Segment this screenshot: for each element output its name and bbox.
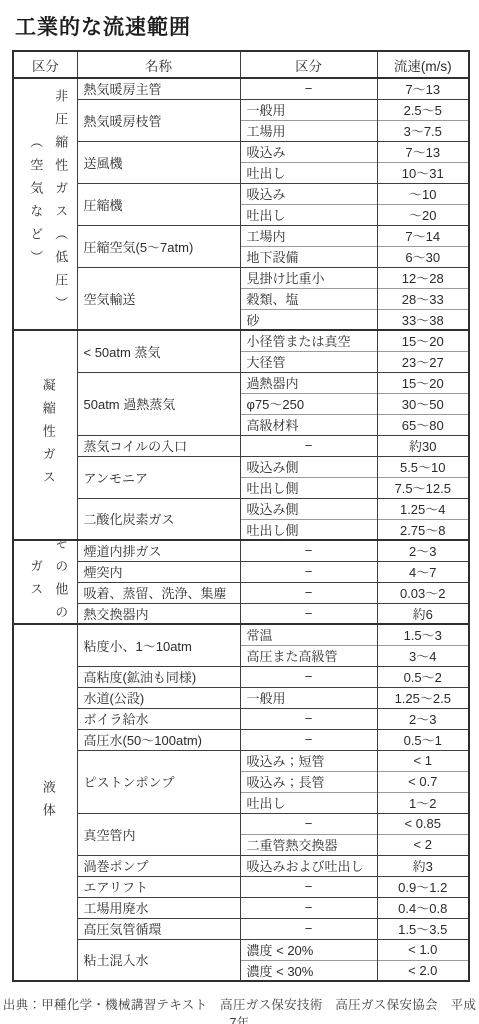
table-row: 蒸気コイルの入口−約30 xyxy=(13,435,469,456)
table-row: アンモニア吸込み側5.5～10 xyxy=(13,456,469,477)
velocity-cell: < 2 xyxy=(377,834,469,855)
velocity-cell: < 1.0 xyxy=(377,939,469,960)
velocity-cell: 7.5～12.5 xyxy=(377,477,469,498)
velocity-cell: 2～3 xyxy=(377,540,469,561)
subdivision-cell: − xyxy=(240,729,377,750)
velocity-cell: 33～38 xyxy=(377,309,469,330)
velocity-cell: 0.4～0.8 xyxy=(377,897,469,918)
velocity-cell: 0.9～1.2 xyxy=(377,876,469,897)
subdivision-cell: 吐出し xyxy=(240,162,377,183)
subdivision-cell: 濃度 < 20% xyxy=(240,939,377,960)
header-category: 区分 xyxy=(13,51,77,78)
name-cell: 高粘度(鉱油も同様) xyxy=(77,666,240,687)
name-cell: 真空管内 xyxy=(77,813,240,855)
velocity-cell: < 2.0 xyxy=(377,960,469,981)
velocity-cell: 1～2 xyxy=(377,792,469,813)
velocity-cell: ～10 xyxy=(377,183,469,204)
velocity-cell: 1.5～3.5 xyxy=(377,918,469,939)
category-line: ガス xyxy=(23,559,48,605)
name-cell: 高圧気管循環 xyxy=(77,918,240,939)
name-cell: 送風機 xyxy=(77,141,240,183)
velocity-cell: 65～80 xyxy=(377,414,469,435)
velocity-cell: 15～20 xyxy=(377,372,469,393)
subdivision-cell: 高圧また高級管 xyxy=(240,645,377,666)
subdivision-cell: 吸込み xyxy=(240,141,377,162)
header-name: 名称 xyxy=(77,51,240,78)
table-row: 煙突内−4～7 xyxy=(13,561,469,582)
category-line: 非圧縮性ガス（低圧） xyxy=(48,89,73,319)
velocity-cell: < 0.85 xyxy=(377,813,469,834)
name-cell: 煙突内 xyxy=(77,561,240,582)
table-row: 二酸化炭素ガス吸込み側1.25～4 xyxy=(13,498,469,519)
table-row: 圧縮空気(5～7atm)工場内7～14 xyxy=(13,225,469,246)
velocity-cell: 約6 xyxy=(377,603,469,624)
velocity-cell: 3～4 xyxy=(377,645,469,666)
table-row: 渦巻ポンプ吸込みおよび吐出し約3 xyxy=(13,855,469,876)
name-cell: 圧縮空気(5～7atm) xyxy=(77,225,240,267)
table-row: 工場用廃水−0.4～0.8 xyxy=(13,897,469,918)
subdivision-cell: 一般用 xyxy=(240,687,377,708)
subdivision-cell: 二重管熱交換器 xyxy=(240,834,377,855)
subdivision-cell: 工場用 xyxy=(240,120,377,141)
velocity-cell: ～20 xyxy=(377,204,469,225)
table-row: 送風機吸込み7～13 xyxy=(13,141,469,162)
subdivision-cell: 吐出し xyxy=(240,792,377,813)
subdivision-cell: − xyxy=(240,708,377,729)
velocity-cell: 1.5～3 xyxy=(377,624,469,645)
velocity-cell: 28～33 xyxy=(377,288,469,309)
subdivision-cell: 過熱器内 xyxy=(240,372,377,393)
category-vertical-label: 凝縮性ガス xyxy=(17,331,77,539)
name-cell: 熱気暖房主管 xyxy=(77,78,240,99)
subdivision-cell: − xyxy=(240,435,377,456)
table-row: 高粘度(鉱油も同様)−0.5～2 xyxy=(13,666,469,687)
subdivision-cell: − xyxy=(240,561,377,582)
subdivision-cell: 大径管 xyxy=(240,351,377,372)
name-cell: 渦巻ポンプ xyxy=(77,855,240,876)
table-row: 水道(公設)一般用1.25～2.5 xyxy=(13,687,469,708)
subdivision-cell: − xyxy=(240,876,377,897)
subdivision-cell: − xyxy=(240,582,377,603)
subdivision-cell: 見掛け比重小 xyxy=(240,267,377,288)
name-cell: アンモニア xyxy=(77,456,240,498)
name-cell: 熱交換器内 xyxy=(77,603,240,624)
velocity-cell: 23～27 xyxy=(377,351,469,372)
velocity-cell: 30～50 xyxy=(377,393,469,414)
table-row: 空気輸送見掛け比重小12～28 xyxy=(13,267,469,288)
subdivision-cell: 吐出し側 xyxy=(240,519,377,540)
name-cell: 粘度小、1～10atm xyxy=(77,624,240,666)
velocity-cell: < 0.7 xyxy=(377,771,469,792)
subdivision-cell: 吸込みおよび吐出し xyxy=(240,855,377,876)
velocity-cell: 1.25～4 xyxy=(377,498,469,519)
category-cell: 凝縮性ガス xyxy=(13,330,77,540)
velocity-cell: 15～20 xyxy=(377,330,469,351)
table-row: 熱交換器内−約6 xyxy=(13,603,469,624)
velocity-cell: 5.5～10 xyxy=(377,456,469,477)
table-header: 区分 名称 区分 流速(m/s) xyxy=(13,51,469,78)
table-row: 熱気暖房枝管一般用2.5～5 xyxy=(13,99,469,120)
subdivision-cell: 小径管または真空 xyxy=(240,330,377,351)
name-cell: 50atm 過熱蒸気 xyxy=(77,372,240,435)
name-cell: ピストンポンプ xyxy=(77,750,240,813)
name-cell: < 50atm 蒸気 xyxy=(77,330,240,372)
subdivision-cell: 砂 xyxy=(240,309,377,330)
header-row: 区分 名称 区分 流速(m/s) xyxy=(13,51,469,78)
name-cell: 熱気暖房枝管 xyxy=(77,99,240,141)
category-cell: 非圧縮性ガス（低圧）（空気など） xyxy=(13,78,77,330)
category-line: 液体 xyxy=(36,780,61,826)
category-vertical-label: その他のガス xyxy=(17,541,77,623)
name-cell: 圧縮機 xyxy=(77,183,240,225)
category-cell: 液体 xyxy=(13,624,77,981)
velocity-cell: 7～13 xyxy=(377,141,469,162)
name-cell: 蒸気コイルの入口 xyxy=(77,435,240,456)
document-page: 工業的な流速範囲 区分 名称 区分 流速(m/s) 非圧縮性ガス（低圧）（空気な… xyxy=(0,0,479,1024)
source-citation: 出典：甲種化学・機械講習テキスト 高圧ガス保安技術 高圧ガス保安協会 平成7年 xyxy=(0,995,479,1024)
table-row: 圧縮機吸込み～10 xyxy=(13,183,469,204)
table-row: 非圧縮性ガス（低圧）（空気など）熱気暖房主管−7～13 xyxy=(13,78,469,99)
table-row: 高圧気管循環−1.5～3.5 xyxy=(13,918,469,939)
subdivision-cell: − xyxy=(240,897,377,918)
subdivision-cell: 常温 xyxy=(240,624,377,645)
velocity-cell: 7～14 xyxy=(377,225,469,246)
subdivision-cell: − xyxy=(240,603,377,624)
name-cell: 工場用廃水 xyxy=(77,897,240,918)
velocity-cell: 0.5～1 xyxy=(377,729,469,750)
subdivision-cell: φ75～250 xyxy=(240,393,377,414)
category-vertical-label: 液体 xyxy=(17,625,77,980)
velocity-cell: 6～30 xyxy=(377,246,469,267)
flow-velocity-table: 区分 名称 区分 流速(m/s) 非圧縮性ガス（低圧）（空気など）熱気暖房主管−… xyxy=(12,50,470,982)
subdivision-cell: − xyxy=(240,813,377,834)
subdivision-cell: 吸込み；短管 xyxy=(240,750,377,771)
flow-table-body: 非圧縮性ガス（低圧）（空気など）熱気暖房主管−7～13熱気暖房枝管一般用2.5～… xyxy=(13,78,469,981)
name-cell: 水道(公設) xyxy=(77,687,240,708)
table-row: 粘土混入水濃度 < 20%< 1.0 xyxy=(13,939,469,960)
subdivision-cell: 地下設備 xyxy=(240,246,377,267)
subdivision-cell: − xyxy=(240,918,377,939)
velocity-cell: 約3 xyxy=(377,855,469,876)
category-line: （空気など） xyxy=(23,135,48,273)
header-velocity: 流速(m/s) xyxy=(377,51,469,78)
name-cell: 空気輸送 xyxy=(77,267,240,330)
subdivision-cell: 吐出し xyxy=(240,204,377,225)
table-row: 高圧水(50～100atm)−0.5～1 xyxy=(13,729,469,750)
category-cell: その他のガス xyxy=(13,540,77,624)
table-row: ピストンポンプ吸込み；短管< 1 xyxy=(13,750,469,771)
table-row: 液体粘度小、1～10atm常温1.5～3 xyxy=(13,624,469,645)
velocity-cell: < 1 xyxy=(377,750,469,771)
name-cell: 高圧水(50～100atm) xyxy=(77,729,240,750)
subdivision-cell: 吸込み側 xyxy=(240,498,377,519)
table-row: ボイラ給水−2～3 xyxy=(13,708,469,729)
velocity-cell: 2.75～8 xyxy=(377,519,469,540)
velocity-cell: 0.03～2 xyxy=(377,582,469,603)
velocity-cell: 1.25～2.5 xyxy=(377,687,469,708)
category-vertical-label: 非圧縮性ガス（低圧）（空気など） xyxy=(17,79,77,329)
subdivision-cell: 濃度 < 30% xyxy=(240,960,377,981)
category-line: その他の xyxy=(48,540,73,624)
velocity-cell: 4～7 xyxy=(377,561,469,582)
name-cell: 粘土混入水 xyxy=(77,939,240,981)
subdivision-cell: 工場内 xyxy=(240,225,377,246)
velocity-cell: 0.5～2 xyxy=(377,666,469,687)
velocity-cell: 10～31 xyxy=(377,162,469,183)
table-row: 吸着、蒸留、洗浄、集塵−0.03～2 xyxy=(13,582,469,603)
velocity-cell: 3～7.5 xyxy=(377,120,469,141)
velocity-cell: 2.5～5 xyxy=(377,99,469,120)
subdivision-cell: 吸込み xyxy=(240,183,377,204)
velocity-cell: 12～28 xyxy=(377,267,469,288)
table-row: エアリフト−0.9～1.2 xyxy=(13,876,469,897)
name-cell: ボイラ給水 xyxy=(77,708,240,729)
category-line: 凝縮性ガス xyxy=(36,378,61,493)
velocity-cell: 7～13 xyxy=(377,78,469,99)
velocity-cell: 2～3 xyxy=(377,708,469,729)
table-row: 真空管内−< 0.85 xyxy=(13,813,469,834)
header-subdivision: 区分 xyxy=(240,51,377,78)
page-title: 工業的な流速範囲 xyxy=(0,0,479,50)
table-row: その他のガス煙道内排ガス−2～3 xyxy=(13,540,469,561)
subdivision-cell: − xyxy=(240,78,377,99)
subdivision-cell: − xyxy=(240,540,377,561)
name-cell: 煙道内排ガス xyxy=(77,540,240,561)
subdivision-cell: − xyxy=(240,666,377,687)
velocity-cell: 約30 xyxy=(377,435,469,456)
subdivision-cell: 吸込み；長管 xyxy=(240,771,377,792)
subdivision-cell: 高級材料 xyxy=(240,414,377,435)
name-cell: エアリフト xyxy=(77,876,240,897)
name-cell: 二酸化炭素ガス xyxy=(77,498,240,540)
name-cell: 吸着、蒸留、洗浄、集塵 xyxy=(77,582,240,603)
table-row: 50atm 過熱蒸気過熱器内15～20 xyxy=(13,372,469,393)
table-row: 凝縮性ガス< 50atm 蒸気小径管または真空15～20 xyxy=(13,330,469,351)
subdivision-cell: 吐出し側 xyxy=(240,477,377,498)
subdivision-cell: 吸込み側 xyxy=(240,456,377,477)
subdivision-cell: 一般用 xyxy=(240,99,377,120)
subdivision-cell: 穀類、塩 xyxy=(240,288,377,309)
